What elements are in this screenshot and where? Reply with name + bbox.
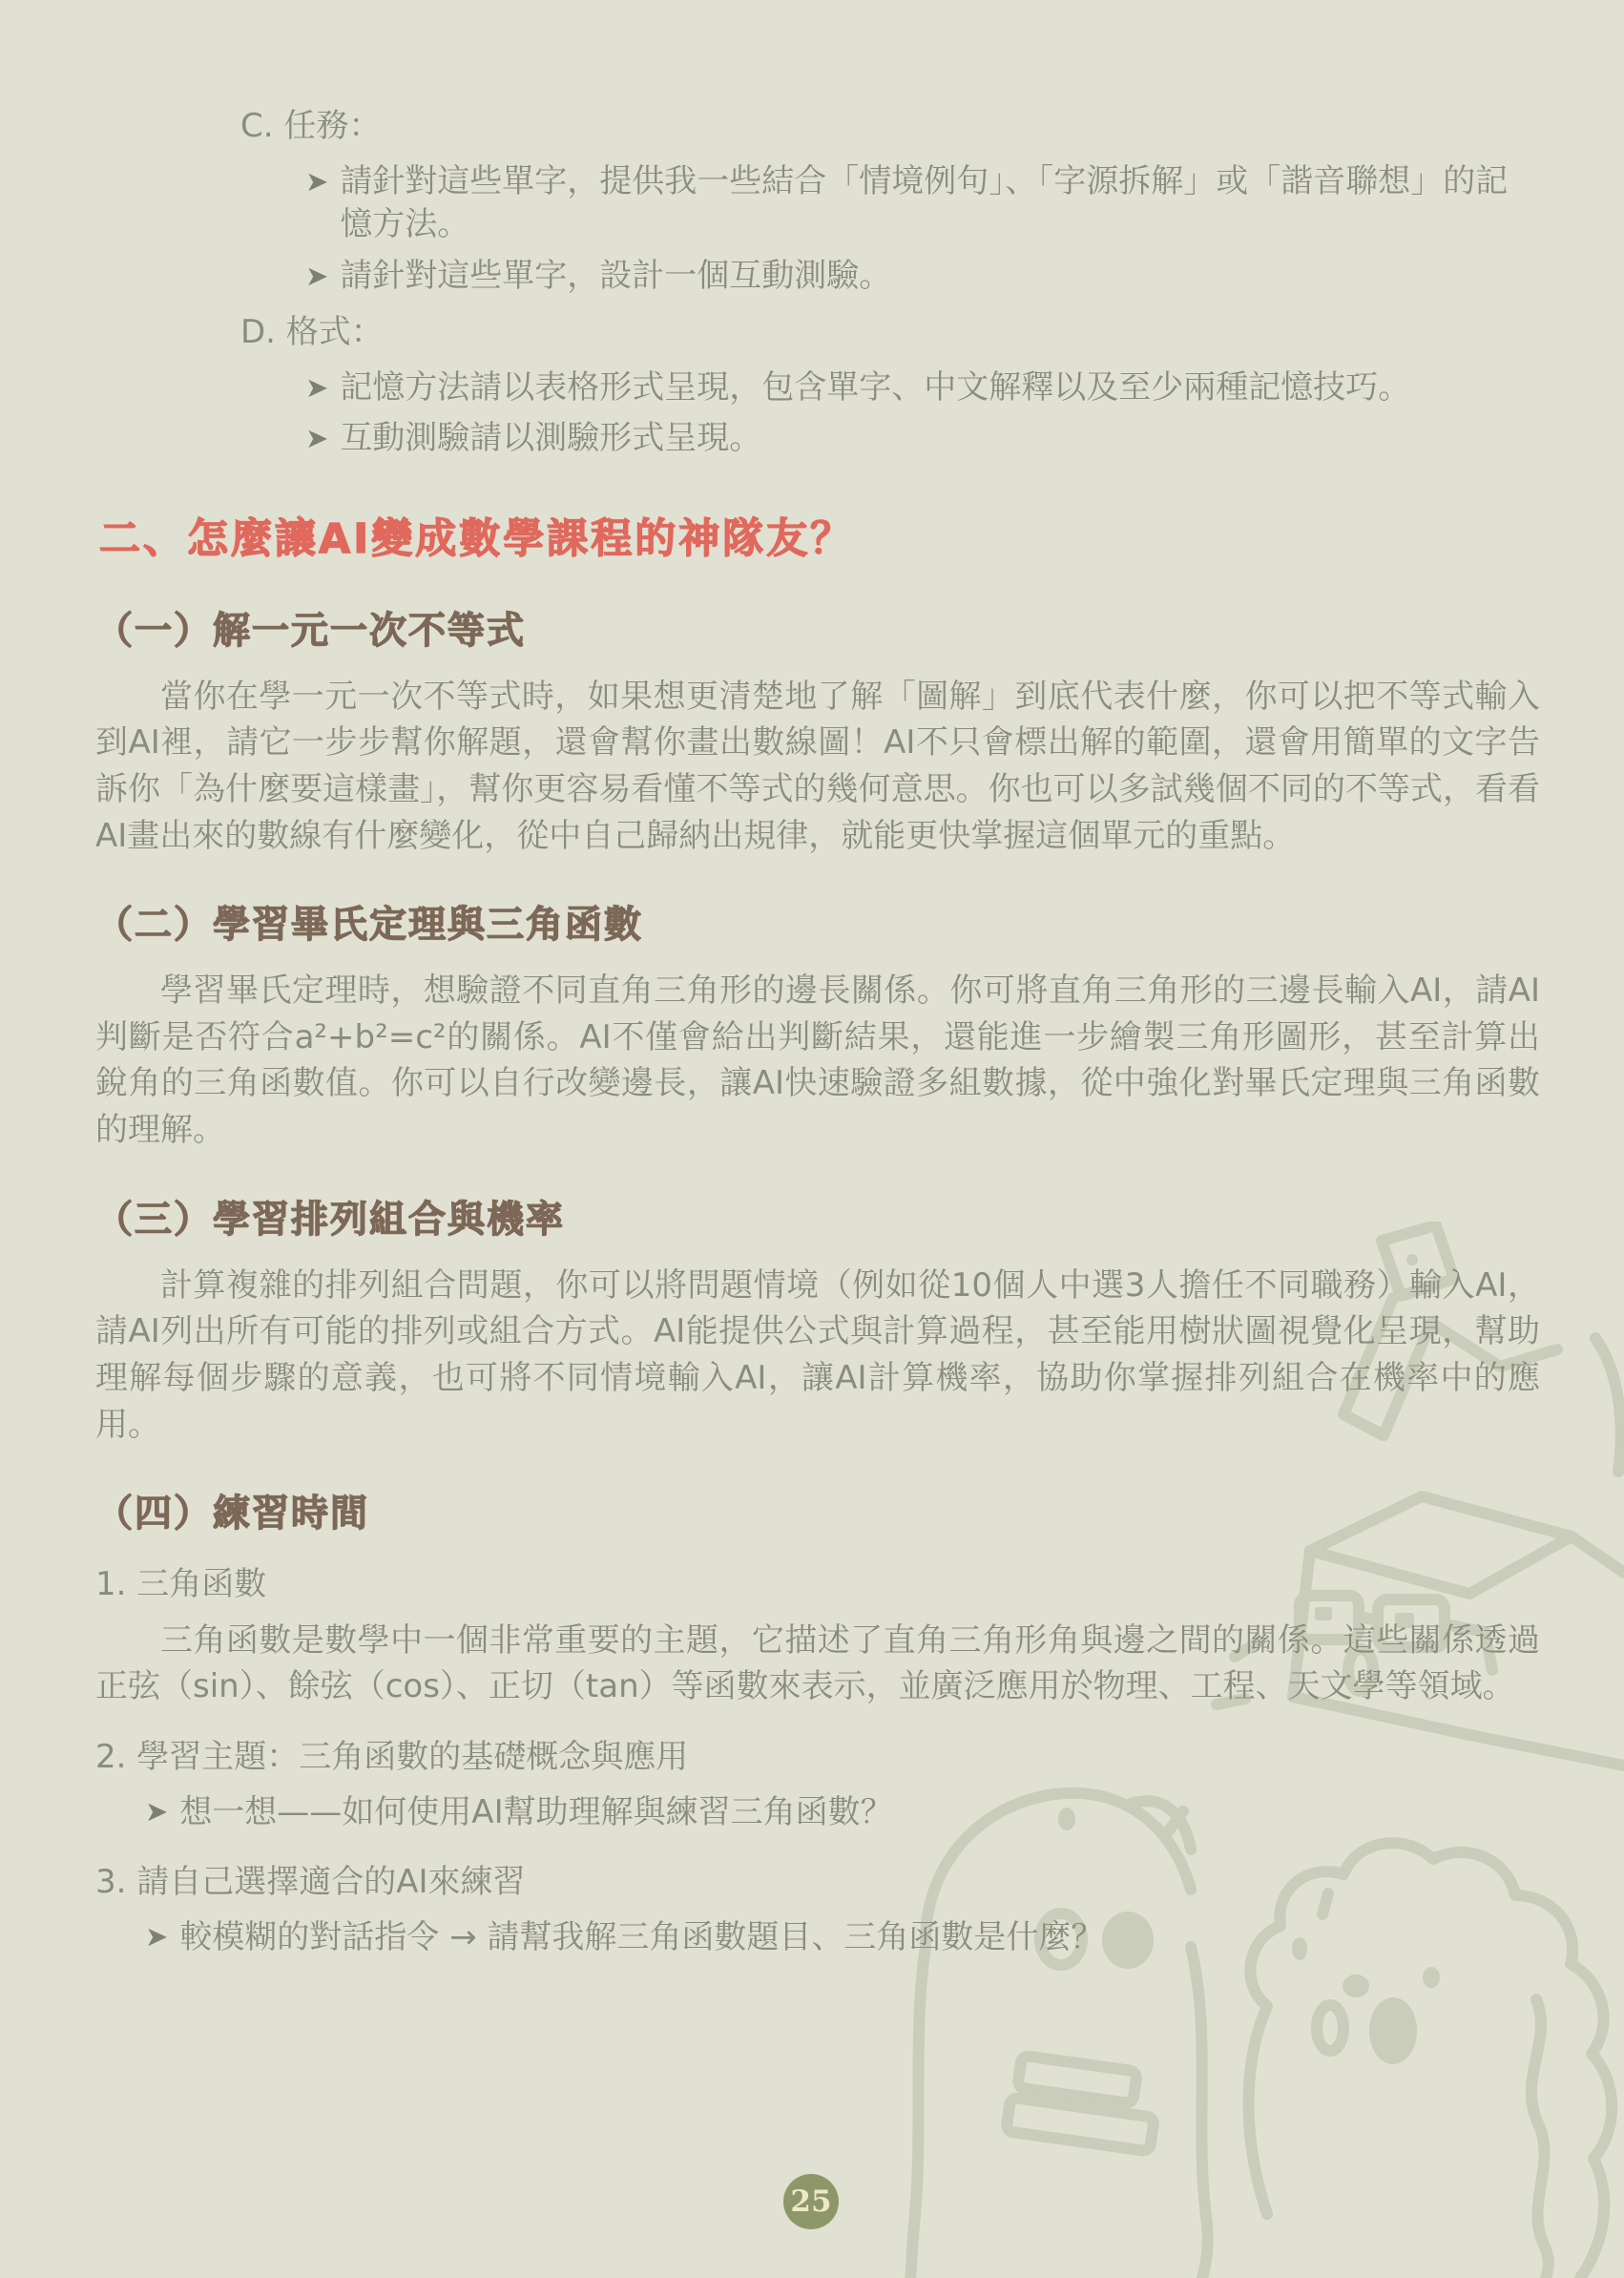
document-page: C. 任務： ➤ 請針對這些單字，提供我一些結合「情境例句」、「字源拆解」或「諧…	[0, 0, 1624, 2278]
task-label-d: D. 格式：	[240, 311, 1540, 355]
arrow-bullet-icon: ➤	[305, 160, 328, 203]
bullet-item: ➤ 記憶方法請以表格形式呈現，包含單字、中文解釋以及至少兩種記憶技巧。	[240, 366, 1540, 410]
section-practice: （四）練習時間 1. 三角函數 三角函數是數學中一個非常重要的主題，它描述了直角…	[95, 1484, 1540, 1960]
body-paragraph: 三角函數是數學中一個非常重要的主題，它描述了直角三角形角與邊之間的關係。這些關係…	[95, 1618, 1540, 1710]
page-number-badge: 25	[783, 2174, 839, 2229]
arrow-bullet-icon: ➤	[145, 1915, 168, 1958]
arrow-bullet-icon: ➤	[305, 417, 328, 460]
practice-item-label: 2. 學習主題：三角函數的基礎概念與應用	[95, 1735, 1540, 1781]
subsection-heading: （一）解一元一次不等式	[95, 601, 1540, 655]
practice-item: 3. 請自己選擇適合的AI來練習 ➤ 較模糊的對話指令 → 請幫我解三角函數題目…	[95, 1860, 1540, 1960]
bullet-text: 互動測驗請以測驗形式呈現。	[340, 417, 1540, 461]
practice-item-label: 3. 請自己選擇適合的AI來練習	[95, 1860, 1540, 1906]
practice-item: 1. 三角函數 三角函數是數學中一個非常重要的主題，它描述了直角三角形角與邊之間…	[95, 1562, 1540, 1710]
task-label-c: C. 任務：	[240, 105, 1540, 149]
arrow-bullet-icon: ➤	[145, 1790, 168, 1833]
bullet-item: ➤ 想一想——如何使用AI幫助理解與練習三角函數？	[95, 1790, 1540, 1836]
section-inequality: （一）解一元一次不等式 當你在學一元一次不等式時，如果想更清楚地了解「圖解」到底…	[95, 601, 1540, 859]
bullet-item: ➤ 請針對這些單字，提供我一些結合「情境例句」、「字源拆解」或「諧音聯想」的記憶…	[240, 160, 1540, 247]
section-pythagorean: （二）學習畢氏定理與三角函數 學習畢氏定理時，想驗證不同直角三角形的邊長關係。你…	[95, 895, 1540, 1153]
arrow-bullet-icon: ➤	[305, 366, 328, 409]
practice-item-label: 1. 三角函數	[95, 1562, 1540, 1608]
subsection-heading: （三）學習排列組合與機率	[95, 1190, 1540, 1243]
practice-item: 2. 學習主題：三角函數的基礎概念與應用 ➤ 想一想——如何使用AI幫助理解與練…	[95, 1735, 1540, 1835]
task-format-block: C. 任務： ➤ 請針對這些單字，提供我一些結合「情境例句」、「字源拆解」或「諧…	[240, 105, 1540, 461]
subsection-heading: （二）學習畢氏定理與三角函數	[95, 895, 1540, 949]
bullet-item: ➤ 互動測驗請以測驗形式呈現。	[240, 417, 1540, 461]
bullet-item: ➤ 請針對這些單字，設計一個互動測驗。	[240, 255, 1540, 299]
body-paragraph: 學習畢氏定理時，想驗證不同直角三角形的邊長關係。你可將直角三角形的三邊長輸入AI…	[95, 968, 1540, 1153]
bullet-text: 想一想——如何使用AI幫助理解與練習三角函數？	[179, 1790, 1540, 1836]
bullet-text: 記憶方法請以表格形式呈現，包含單字、中文解釋以及至少兩種記憶技巧。	[340, 366, 1540, 410]
subsection-heading: （四）練習時間	[95, 1484, 1540, 1537]
body-paragraph: 當你在學一元一次不等式時，如果想更清楚地了解「圖解」到底代表什麼，你可以把不等式…	[95, 674, 1540, 859]
body-paragraph: 計算複雜的排列組合問題，你可以將問題情境（例如從10個人中選3人擔任不同職務）輸…	[95, 1263, 1540, 1448]
wavy-line-doodle	[1531, 1999, 1549, 2278]
section-combinatorics: （三）學習排列組合與機率 計算複雜的排列組合問題，你可以將問題情境（例如從10個…	[95, 1190, 1540, 1448]
bullet-item: ➤ 較模糊的對話指令 → 請幫我解三角函數題目、三角函數是什麼？	[95, 1915, 1540, 1961]
page-content: C. 任務： ➤ 請針對這些單字，提供我一些結合「情境例句」、「字源拆解」或「諧…	[0, 0, 1624, 1960]
bullet-text: 請針對這些單字，設計一個互動測驗。	[340, 255, 1540, 299]
arrow-bullet-icon: ➤	[305, 255, 328, 298]
bullet-text: 較模糊的對話指令 → 請幫我解三角函數題目、三角函數是什麼？	[179, 1915, 1540, 1961]
bullet-text: 請針對這些單字，提供我一些結合「情境例句」、「字源拆解」或「諧音聯想」的記憶方法…	[340, 160, 1540, 247]
main-section-heading: 二、怎麼讓AI變成數學課程的神隊友？	[99, 507, 1540, 565]
